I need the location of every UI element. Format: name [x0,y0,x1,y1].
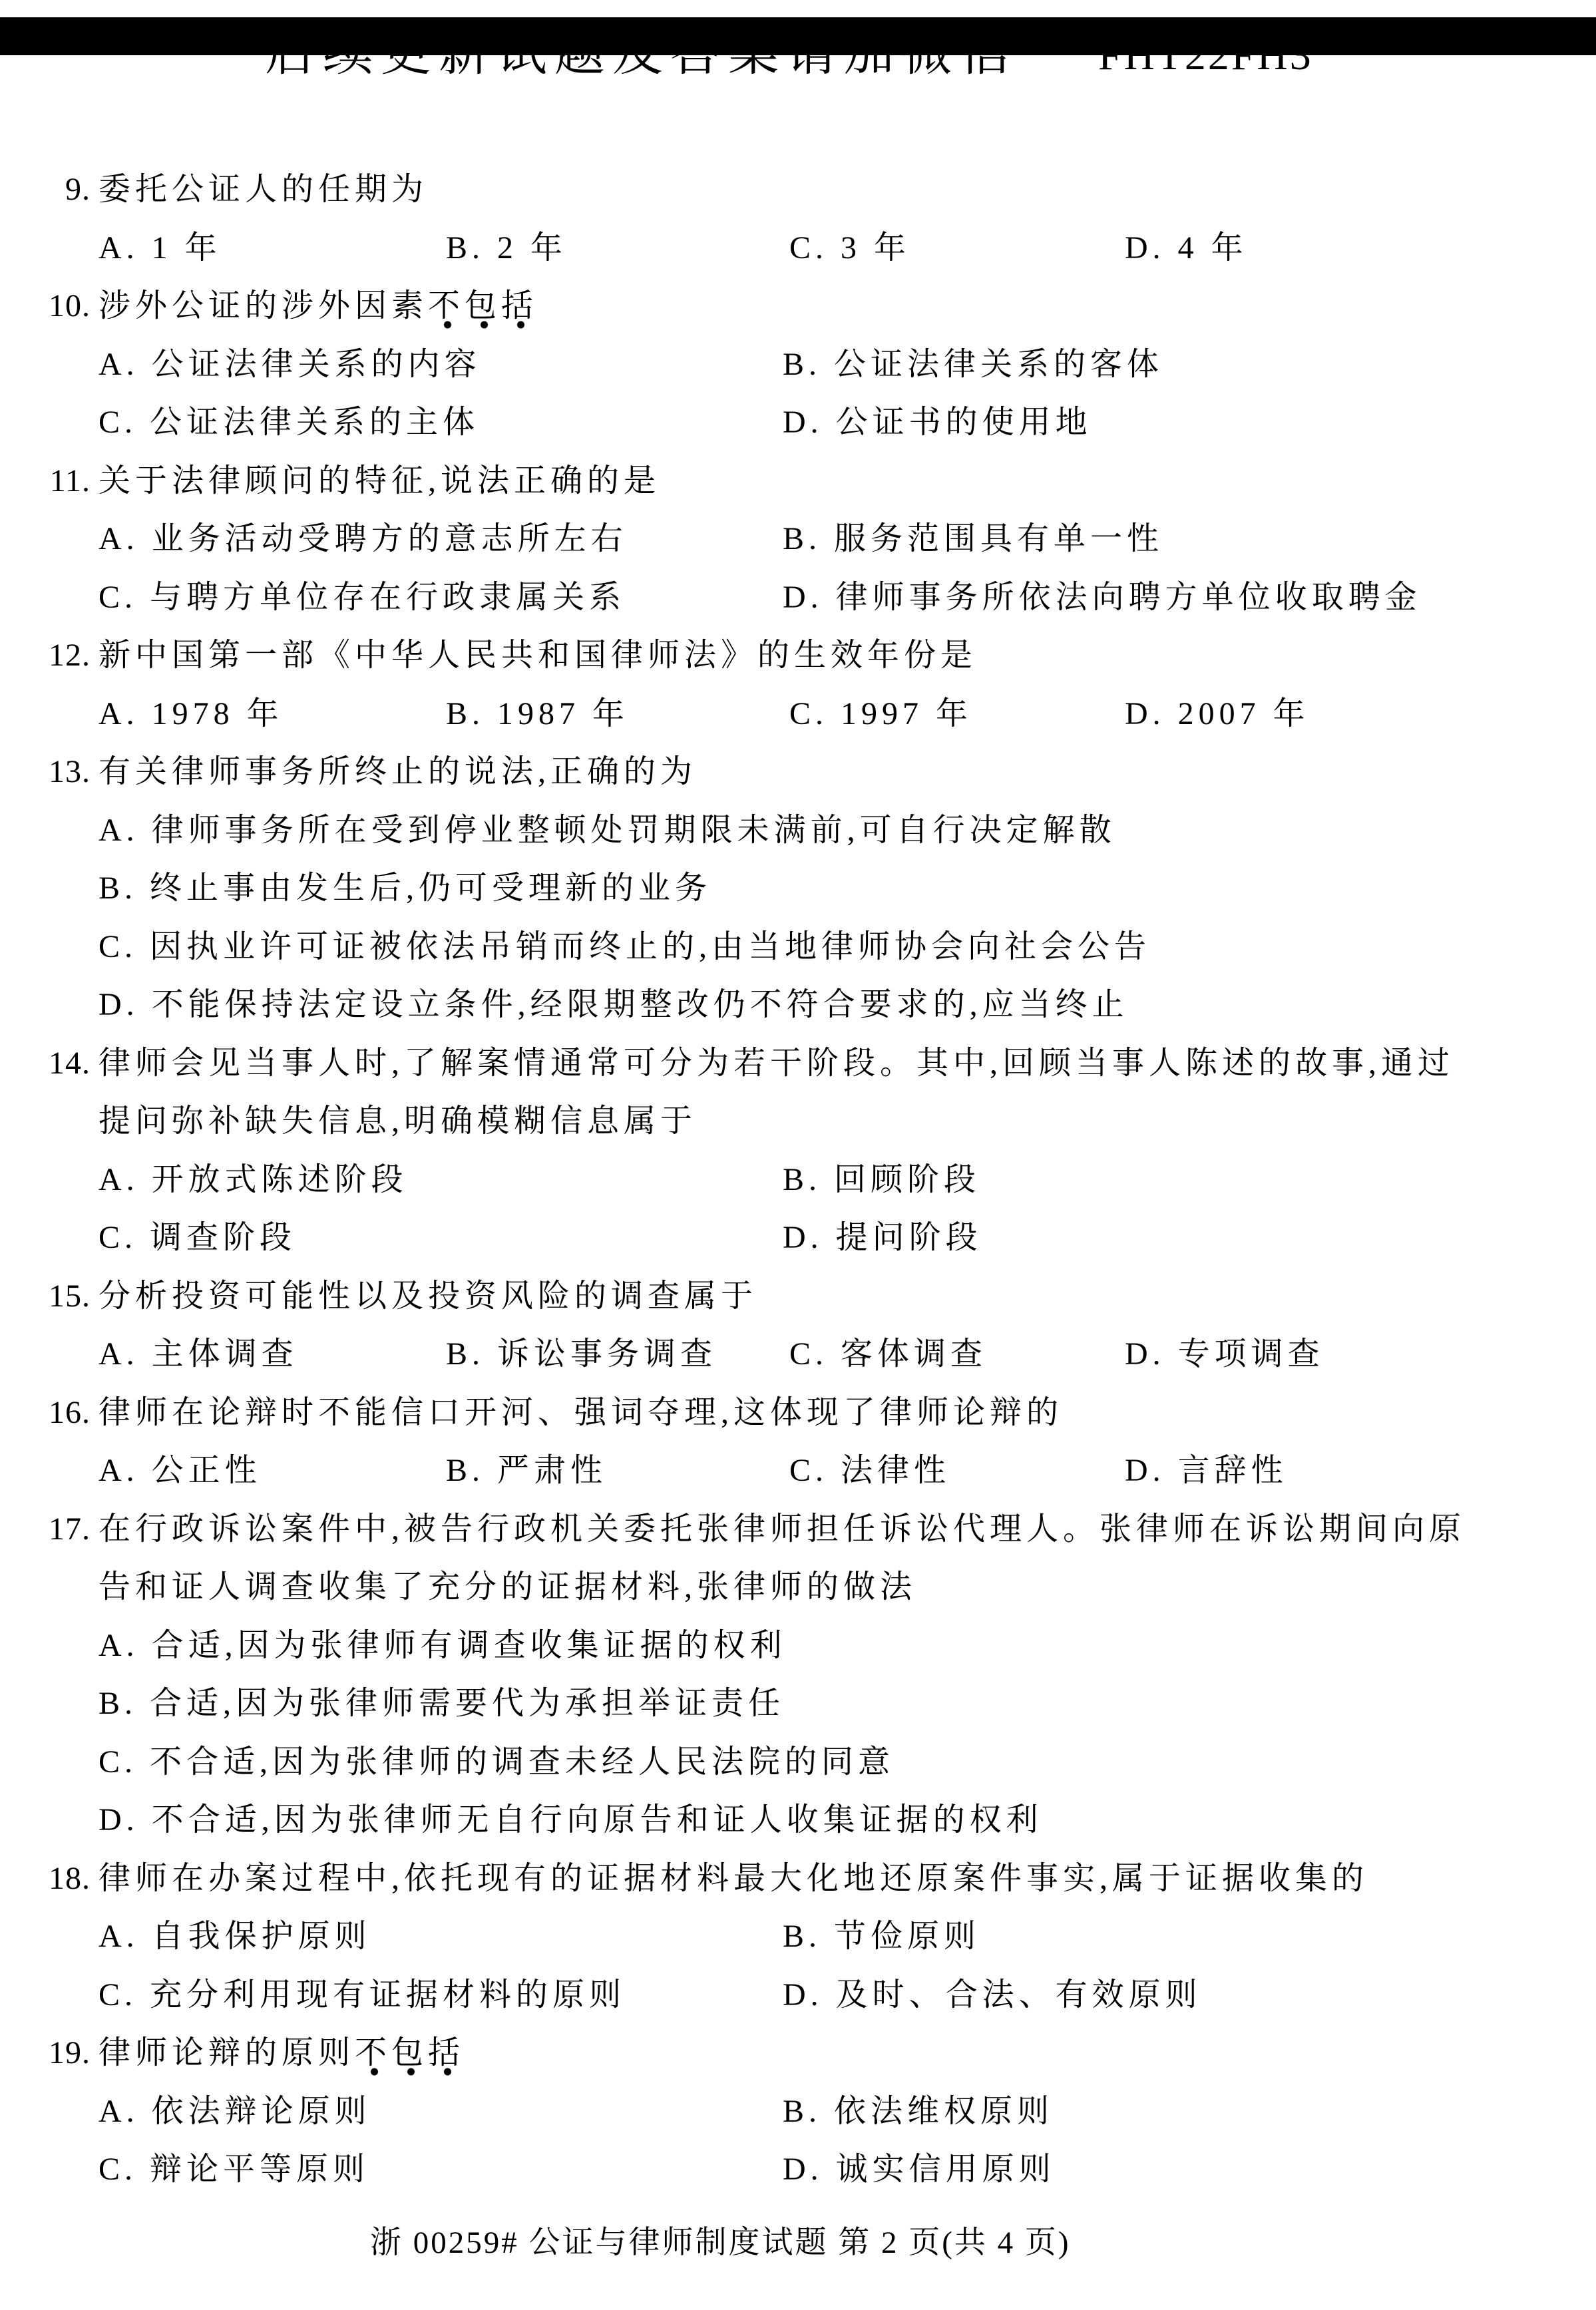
option-12-B: B. 1987 年 [446,694,629,734]
question-14-option-row: C. 调查阶段D. 提问阶段 [0,1218,1596,1260]
option-13-B: B. 终止事由发生后,仍可受理新的业务 [99,868,711,908]
question-number: 19. [0,2033,91,2073]
question-17-option-row: A. 合适,因为张律师有调查收集证据的权利 [0,1626,1596,1668]
exam-paper-page: 后续更新试题及答案请加微信 FHT22FH3 9.委托公证人的任期为A. 1 年… [0,0,1596,2310]
question-17-option-row: B. 合适,因为张律师需要代为承担举证责任 [0,1684,1596,1726]
question-number: 16. [0,1393,91,1433]
question-number: 9. [0,170,91,210]
option-18-C: C. 充分利用现有证据材料的原则 [99,1975,626,2015]
question-19-stem: 19.律师论辩的原则不包括 [0,2033,1596,2076]
option-17-B: B. 合适,因为张律师需要代为承担举证责任 [99,1684,785,1724]
option-17-D: D. 不合适,因为张律师无自行向原告和证人收集证据的权利 [99,1800,1043,1840]
question-stem-text: 律师论辩的原则不包括 [99,2033,465,2073]
option-11-D: D. 律师事务所依法向聘方单位收取聘金 [783,578,1422,618]
question-stem-text: 分析投资可能性以及投资风险的调查属于 [99,1276,757,1316]
stem-segment: 律师在办案过程中,依托现有的证据材料最大化地还原案件事实,属于证据收集的 [99,1861,1368,1896]
stem-segment: 分析投资可能性以及投资风险的调查属于 [99,1278,757,1314]
question-14-option-row: A. 开放式陈述阶段B. 回顾阶段 [0,1160,1596,1203]
option-15-B: B. 诉讼事务调查 [446,1334,717,1374]
question-16-stem: 16.律师在论辩时不能信口开河、强词夺理,这体现了律师论辩的 [0,1393,1596,1436]
question-number: 15. [0,1276,91,1316]
stem-segment: 提问弥补缺失信息,明确模糊信息属于 [99,1103,697,1139]
option-14-C: C. 调查阶段 [99,1218,296,1258]
question-10-option-row: C. 公证法律关系的主体D. 公证书的使用地 [0,403,1596,445]
question-10-stem: 10.涉外公证的涉外因素不包括 [0,286,1596,329]
question-number: 13. [0,752,91,792]
question-number: 18. [0,1859,91,1899]
question-stem-text: 委托公证人的任期为 [99,170,428,210]
option-15-C: C. 客体调查 [789,1334,987,1374]
emphasized-text: 不包括 [428,288,538,329]
option-12-C: C. 1997 年 [789,694,972,734]
question-13-stem: 13.有关律师事务所终止的说法,正确的为 [0,752,1596,795]
stem-segment: 律师论辩的原则 [99,2035,355,2070]
option-18-A: A. 自我保护原则 [99,1917,371,1957]
option-16-A: A. 公正性 [99,1451,262,1491]
question-17-option-row: C. 不合适,因为张律师的调查未经人民法院的同意 [0,1742,1596,1785]
page-footer: 浙 00259# 公证与律师制度试题 第 2 页(共 4 页) [370,2217,1071,2262]
question-13-option-row: D. 不能保持法定设立条件,经限期整改仍不符合要求的,应当终止 [0,985,1596,1028]
option-10-B: B. 公证法律关系的客体 [783,345,1163,385]
option-14-D: D. 提问阶段 [783,1218,982,1258]
stem-segment: 有关律师事务所终止的说法,正确的为 [99,754,697,789]
question-10-option-row: A. 公证法律关系的内容B. 公证法律关系的客体 [0,345,1596,387]
option-13-C: C. 因执业许可证被依法吊销而终止的,由当地律师协会向社会公告 [99,927,1151,967]
option-13-D: D. 不能保持法定设立条件,经限期整改仍不符合要求的,应当终止 [99,985,1129,1025]
option-11-B: B. 服务范围具有单一性 [783,519,1163,559]
stem-segment: 涉外公证的涉外因素 [99,288,428,323]
question-15-option-row: A. 主体调查B. 诉讼事务调查C. 客体调查D. 专项调查 [0,1334,1596,1377]
question-11-option-row: C. 与聘方单位存在行政隶属关系D. 律师事务所依法向聘方单位收取聘金 [0,578,1596,620]
option-16-B: B. 严肃性 [446,1451,607,1491]
option-19-C: C. 辩论平等原则 [99,2150,369,2190]
question-number: 10. [0,286,91,326]
option-17-C: C. 不合适,因为张律师的调查未经人民法院的同意 [99,1742,895,1782]
question-stem-text: 关于法律顾问的特征,说法正确的是 [99,461,660,501]
option-11-C: C. 与聘方单位存在行政隶属关系 [99,578,626,618]
emphasized-text: 不包括 [355,2035,465,2076]
option-11-A: A. 业务活动受聘方的意志所左右 [99,519,628,559]
question-stem-text: 律师在论辩时不能信口开河、强词夺理,这体现了律师论辩的 [99,1393,1063,1433]
question-18-stem: 18.律师在办案过程中,依托现有的证据材料最大化地还原案件事实,属于证据收集的 [0,1859,1596,1901]
question-16-option-row: A. 公正性B. 严肃性C. 法律性D. 言辞性 [0,1451,1596,1493]
question-stem-text: 律师在办案过程中,依托现有的证据材料最大化地还原案件事实,属于证据收集的 [99,1859,1368,1899]
question-12-option-row: A. 1978 年B. 1987 年C. 1997 年D. 2007 年 [0,694,1596,737]
option-14-B: B. 回顾阶段 [783,1160,980,1200]
option-15-A: A. 主体调查 [99,1334,298,1374]
stem-segment: 告和证人调查收集了充分的证据材料,张律师的做法 [99,1569,916,1605]
option-18-B: B. 节俭原则 [783,1917,980,1957]
option-17-A: A. 合适,因为张律师有调查收集证据的权利 [99,1626,787,1666]
option-19-A: A. 依法辩论原则 [99,2092,371,2132]
question-13-option-row: A. 律师事务所在受到停业整顿处罚期限未满前,可自行决定解散 [0,811,1596,853]
option-19-D: D. 诚实信用原则 [783,2150,1056,2190]
questions-area: 9.委托公证人的任期为A. 1 年B. 2 年C. 3 年D. 4 年10.涉外… [0,0,1596,2310]
question-number: 17. [0,1509,91,1549]
option-9-B: B. 2 年 [446,228,567,268]
question-17-stem-continued: 告和证人调查收集了充分的证据材料,张律师的做法 [0,1567,1596,1610]
option-18-D: D. 及时、合法、有效原则 [783,1975,1202,2015]
question-19-option-row: C. 辩论平等原则D. 诚实信用原则 [0,2150,1596,2192]
option-19-B: B. 依法维权原则 [783,2092,1054,2132]
option-10-D: D. 公证书的使用地 [783,403,1092,443]
stem-segment: 委托公证人的任期为 [99,172,428,207]
question-11-option-row: A. 业务活动受聘方的意志所左右B. 服务范围具有单一性 [0,519,1596,562]
question-stem-text: 有关律师事务所终止的说法,正确的为 [99,752,697,792]
question-9-stem: 9.委托公证人的任期为 [0,170,1596,212]
question-number: 12. [0,636,91,675]
stem-segment: 新中国第一部《中华人民共和国律师法》的生效年份是 [99,638,977,673]
stem-segment: 在行政诉讼案件中,被告行政机关委托张律师担任诉讼代理人。张律师在诉讼期间向原 [99,1511,1466,1547]
option-9-D: D. 4 年 [1125,228,1248,268]
question-13-option-row: C. 因执业许可证被依法吊销而终止的,由当地律师协会向社会公告 [0,927,1596,970]
option-9-C: C. 3 年 [789,228,910,268]
question-17-stem: 17.在行政诉讼案件中,被告行政机关委托张律师担任诉讼代理人。张律师在诉讼期间向… [0,1509,1596,1552]
option-9-A: A. 1 年 [99,228,222,268]
option-13-A: A. 律师事务所在受到停业整顿处罚期限未满前,可自行决定解散 [99,811,1116,851]
question-13-option-row: B. 终止事由发生后,仍可受理新的业务 [0,868,1596,911]
question-18-option-row: A. 自我保护原则B. 节俭原则 [0,1917,1596,1959]
question-17-option-row: D. 不合适,因为张律师无自行向原告和证人收集证据的权利 [0,1800,1596,1843]
question-stem-text: 提问弥补缺失信息,明确模糊信息属于 [99,1101,697,1141]
question-12-stem: 12.新中国第一部《中华人民共和国律师法》的生效年份是 [0,636,1596,678]
question-11-stem: 11.关于法律顾问的特征,说法正确的是 [0,461,1596,504]
option-10-C: C. 公证法律关系的主体 [99,403,479,443]
question-stem-text: 告和证人调查收集了充分的证据材料,张律师的做法 [99,1567,916,1607]
option-12-D: D. 2007 年 [1125,694,1310,734]
question-19-option-row: A. 依法辩论原则B. 依法维权原则 [0,2092,1596,2134]
question-stem-text: 新中国第一部《中华人民共和国律师法》的生效年份是 [99,636,977,675]
question-14-stem-continued: 提问弥补缺失信息,明确模糊信息属于 [0,1101,1596,1144]
question-number: 14. [0,1044,91,1083]
question-stem-text: 在行政诉讼案件中,被告行政机关委托张律师担任诉讼代理人。张律师在诉讼期间向原 [99,1509,1466,1549]
option-16-C: C. 法律性 [789,1451,950,1491]
question-9-option-row: A. 1 年B. 2 年C. 3 年D. 4 年 [0,228,1596,271]
option-10-A: A. 公证法律关系的内容 [99,345,481,385]
stem-segment: 律师会见当事人时,了解案情通常可分为若干阶段。其中,回顾当事人陈述的故事,通过 [99,1046,1454,1081]
question-stem-text: 律师会见当事人时,了解案情通常可分为若干阶段。其中,回顾当事人陈述的故事,通过 [99,1044,1454,1083]
option-12-A: A. 1978 年 [99,694,284,734]
option-15-D: D. 专项调查 [1125,1334,1324,1374]
question-18-option-row: C. 充分利用现有证据材料的原则D. 及时、合法、有效原则 [0,1975,1596,2018]
stem-segment: 关于法律顾问的特征,说法正确的是 [99,463,660,498]
question-number: 11. [0,461,91,501]
option-16-D: D. 言辞性 [1125,1451,1288,1491]
redaction-bar [0,17,1596,55]
question-stem-text: 涉外公证的涉外因素不包括 [99,286,538,326]
question-14-stem: 14.律师会见当事人时,了解案情通常可分为若干阶段。其中,回顾当事人陈述的故事,… [0,1044,1596,1086]
option-14-A: A. 开放式陈述阶段 [99,1160,408,1200]
stem-segment: 律师在论辩时不能信口开河、强词夺理,这体现了律师论辩的 [99,1395,1063,1430]
question-15-stem: 15.分析投资可能性以及投资风险的调查属于 [0,1276,1596,1319]
